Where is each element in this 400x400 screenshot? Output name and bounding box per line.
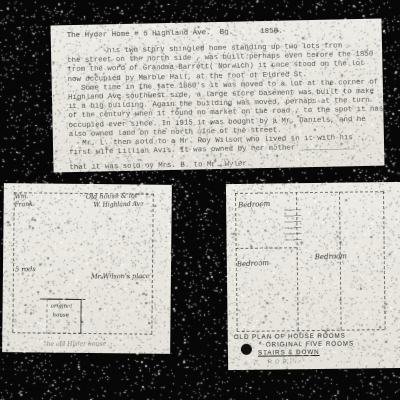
room-label: Bedroom: [238, 200, 271, 210]
lot-border-left: [12, 192, 14, 332]
lot-border-bottom: [12, 332, 152, 334]
lot-bottom-note: the old Hyder house: [44, 341, 106, 348]
lot-top-label: W. Highland Ave: [94, 201, 144, 209]
plan-wall-divider: [339, 192, 342, 330]
house-label: house: [52, 313, 69, 319]
typed-note-paper: The Hyder Home # 6 Highland Ave. Bg. 185…: [50, 19, 384, 173]
stairs-marks: [284, 209, 301, 243]
house-footprint-box: original house: [46, 299, 81, 334]
lot-center-label: Mr Wilson's place: [91, 272, 150, 280]
plan-border-right: [383, 191, 386, 329]
note-line: that it was sold by Mrs. B. to Mr. Wyler…: [69, 158, 378, 174]
room-label: Bedroom: [315, 252, 347, 261]
room-label: Bedroom: [237, 259, 270, 269]
lot-corner-note: Wm.: [15, 193, 29, 201]
lot-top-label: Old house & lot: [86, 192, 138, 201]
house-label: original: [51, 304, 73, 310]
plan-border-bottom: [237, 329, 385, 332]
plan-caption: STAIRS & DOWN: [258, 349, 320, 357]
plan-caption: ORIGINAL FIVE ROOMS: [266, 341, 354, 349]
plan-footnote: R.O.P.: [268, 359, 289, 365]
note-title: The Hyder Home # 6 Highland Ave. Bg. 185…: [67, 26, 376, 41]
lot-corner-note: Frank: [15, 201, 33, 209]
plan-border-top: [235, 191, 383, 194]
ink-dot: [241, 344, 252, 355]
typed-note-text-block: The Hyder Home # 6 Highland Ave. Bg. 185…: [50, 19, 384, 174]
lot-border-right: [151, 194, 153, 334]
lot-plan-paper: Wm. Frank Old house & lot W. Highland Av…: [2, 183, 172, 354]
scanned-document-page: The Hyder Home # 6 Highland Ave. Bg. 185…: [0, 0, 400, 400]
plan-wall-divider: [236, 247, 297, 249]
floor-plan-paper: Bedroom Bedroom Bedroom OLD PLAN OF HOUS…: [226, 182, 400, 370]
plan-caption: OLD PLAN OF HOUSE ROOMS: [234, 333, 346, 341]
lot-left-note: 5 rods: [15, 265, 36, 274]
